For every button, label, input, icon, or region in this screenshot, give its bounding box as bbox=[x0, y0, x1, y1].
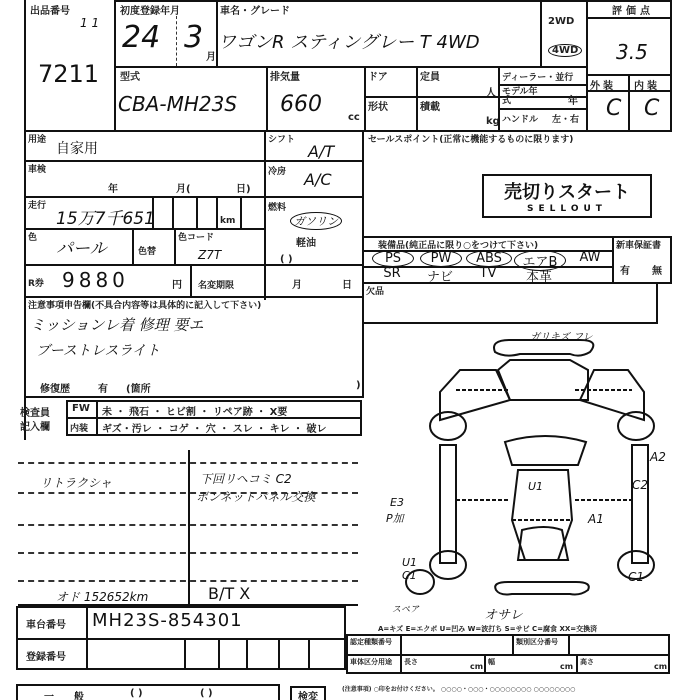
class-label: 類別区分番号 bbox=[516, 637, 558, 647]
general-label: 一 般 bbox=[44, 688, 84, 700]
ac-value: A/C bbox=[304, 170, 332, 189]
color-code-label: 色コード bbox=[178, 230, 214, 243]
divider bbox=[346, 654, 670, 656]
divider bbox=[362, 130, 364, 300]
divider bbox=[484, 654, 486, 674]
chassis-label: 車台番号 bbox=[26, 616, 66, 631]
yen-unit: 円 bbox=[172, 276, 182, 291]
wheel-front-right bbox=[618, 412, 654, 440]
divider bbox=[308, 638, 310, 670]
repair-label: 修復歴 bbox=[40, 380, 70, 395]
divider bbox=[172, 196, 174, 228]
diagram-label-top: ガリキズ フレ bbox=[530, 328, 593, 343]
name-change-day: 日 bbox=[342, 276, 352, 291]
height-label: 高さ bbox=[580, 657, 594, 667]
divider bbox=[216, 196, 218, 228]
handle-label: ハンドル bbox=[502, 112, 538, 125]
use-value: 自家用 bbox=[56, 138, 98, 158]
first-reg-year: 24 bbox=[122, 20, 160, 55]
comment-left-bottom: オド 152652km bbox=[56, 588, 148, 605]
diagram-label-bottom: オサレ bbox=[484, 604, 523, 623]
drive-4wd[interactable]: 4WD bbox=[548, 44, 582, 57]
divider bbox=[364, 66, 366, 130]
divider bbox=[576, 654, 578, 674]
divider bbox=[364, 96, 586, 98]
sellout-stamp-sub: SELLOUT bbox=[492, 204, 642, 214]
left-border bbox=[24, 0, 26, 440]
divider bbox=[218, 638, 220, 670]
top-border bbox=[114, 0, 672, 2]
usage-label: 車体区分用途 bbox=[350, 657, 392, 667]
inspection-year: 年 bbox=[108, 180, 118, 195]
divider bbox=[246, 638, 248, 670]
right-border bbox=[656, 282, 658, 324]
divider bbox=[174, 228, 176, 264]
diagram-label-u1: U1 bbox=[528, 480, 543, 493]
wheel-rear-left bbox=[430, 551, 466, 579]
height-unit: cm bbox=[654, 662, 667, 671]
ac-label: 冷房 bbox=[268, 164, 286, 177]
divider bbox=[568, 634, 570, 654]
month-unit: 月 bbox=[206, 48, 216, 63]
divider bbox=[498, 84, 586, 86]
sales-point-label: セールスポイント(正常に機能するものに限ります) bbox=[368, 132, 573, 145]
diagram-label-c2: C2 bbox=[632, 478, 648, 492]
equip-tv[interactable]: TV bbox=[466, 266, 510, 281]
km-unit: km bbox=[220, 216, 235, 226]
divider bbox=[86, 606, 88, 670]
repair-place: (箇所 bbox=[126, 380, 151, 395]
comment-right-2: ボンネットパネル交換 bbox=[196, 488, 315, 505]
score-value: 3.5 bbox=[616, 40, 648, 64]
type-label: 型式 bbox=[120, 68, 140, 83]
divider bbox=[240, 196, 242, 228]
body-top bbox=[498, 360, 588, 400]
displacement-value: 660 bbox=[280, 92, 322, 117]
shift-value: A/T bbox=[308, 142, 334, 161]
comment-left-1: リトラクシャ bbox=[40, 474, 112, 491]
divider bbox=[400, 634, 402, 674]
col-divider bbox=[114, 0, 116, 130]
divider bbox=[190, 264, 192, 296]
divider bbox=[540, 0, 542, 66]
divider bbox=[498, 108, 586, 110]
interior-items[interactable]: ギズ・汚レ ・ コゲ ・ 穴 ・ スレ ・ キレ ・ 破レ bbox=[102, 420, 327, 435]
sellout-stamp: 売切りスタート SELLOUT bbox=[482, 174, 652, 218]
diagram-label-e3: E3 bbox=[390, 496, 404, 509]
fw-items[interactable]: 未 ・ 飛石 ・ ヒビ割 ・ リペア跡 ・ X要 bbox=[102, 403, 287, 418]
wheel-front-left bbox=[430, 412, 466, 440]
door-label: ドア bbox=[368, 68, 388, 83]
divider bbox=[586, 17, 672, 19]
paren-a: ( ) bbox=[130, 688, 143, 699]
car-diagram[interactable] bbox=[400, 320, 660, 610]
divider bbox=[24, 160, 364, 162]
name-change-label: 名変期限 bbox=[198, 278, 234, 291]
divider bbox=[24, 264, 364, 266]
diagram-legend: A=キズ E=エクボ U=凹み W=波打ち S=サビ C=腐食 XX=交換済 bbox=[378, 624, 597, 634]
mileage-label: 走行 bbox=[28, 198, 46, 211]
divider bbox=[362, 296, 364, 398]
divider bbox=[24, 228, 264, 230]
first-reg-label: 初度登録年月 bbox=[120, 2, 180, 17]
left-side bbox=[440, 445, 456, 563]
inspector-label-2: 記入欄 bbox=[20, 418, 50, 433]
divider bbox=[586, 90, 672, 92]
sellout-stamp-main: 売切りスタート bbox=[492, 178, 642, 204]
model-year-label: モデル年式 bbox=[502, 88, 542, 106]
color-code-value: Z7T bbox=[198, 248, 221, 262]
recycle-value: 9880 bbox=[62, 268, 129, 292]
shape-label: 形状 bbox=[368, 98, 388, 113]
score-label: 評価点 bbox=[612, 2, 654, 17]
color-label: 色 bbox=[28, 230, 37, 243]
paren-b: ( ) bbox=[200, 688, 213, 699]
equip-aw[interactable]: AW bbox=[570, 250, 610, 265]
first-reg-month: 3 bbox=[184, 20, 203, 55]
divider bbox=[184, 638, 186, 670]
divider bbox=[264, 130, 266, 300]
divider bbox=[176, 16, 177, 66]
name-value: ワゴンR スティングレー T 4WD bbox=[218, 28, 480, 54]
divider bbox=[188, 450, 190, 606]
repair-close: ) bbox=[356, 380, 361, 391]
fuel-diesel[interactable]: 軽油 bbox=[296, 234, 316, 249]
load-label: 積載 bbox=[420, 98, 440, 113]
diagram-label-a1: A1 bbox=[588, 512, 604, 526]
equip-abs[interactable]: ABS bbox=[466, 250, 512, 267]
notes-line2: ブーストレスライト bbox=[36, 340, 160, 360]
warranty-label: 新車保証書 bbox=[616, 238, 661, 251]
diagram-label-c1: C1 bbox=[628, 570, 644, 584]
inspection-day: 日) bbox=[236, 180, 251, 195]
length-label: 長さ bbox=[404, 657, 418, 667]
type-value: CBA-MH23S bbox=[118, 92, 237, 116]
lot-number: 7211 bbox=[38, 60, 99, 88]
drive-2wd: 2WD bbox=[548, 16, 574, 27]
reg-label: 登録番号 bbox=[26, 648, 66, 663]
divider bbox=[512, 634, 514, 654]
capacity-label: 定員 bbox=[420, 68, 440, 83]
divider bbox=[362, 282, 672, 284]
right-side bbox=[632, 445, 648, 563]
diagram-label-u1c1: U1 C1 bbox=[402, 556, 422, 582]
chassis-value: MH23S-854301 bbox=[92, 610, 243, 631]
equip-ps[interactable]: PS bbox=[372, 250, 414, 267]
approve-label[interactable]: 検変 bbox=[290, 686, 326, 700]
notes-label: 注意事項申告欄(不具合内容等は具体的に記入して下さい) bbox=[28, 298, 261, 311]
divider bbox=[196, 196, 198, 228]
right-border bbox=[670, 236, 672, 282]
name-change-month: 月 bbox=[292, 276, 302, 291]
divider bbox=[416, 66, 418, 130]
lot-small: 1 1 bbox=[80, 16, 99, 30]
divider bbox=[586, 0, 588, 130]
divider bbox=[278, 638, 280, 670]
equip-sr[interactable]: SR bbox=[372, 266, 412, 281]
inspector-interior-label: 内装 bbox=[70, 421, 88, 434]
exterior-value: C bbox=[606, 96, 621, 121]
divider bbox=[266, 66, 268, 130]
divider bbox=[152, 196, 154, 228]
rear-bumper bbox=[495, 582, 589, 595]
inspector-label-1: 検査員 bbox=[20, 404, 50, 419]
divider bbox=[628, 74, 630, 130]
width-unit: cm bbox=[560, 662, 573, 671]
divider bbox=[132, 228, 134, 264]
fuel-label: 燃料 bbox=[268, 200, 286, 213]
fuel-value: ガソリン bbox=[290, 212, 342, 230]
color-change-label: 色替 bbox=[138, 244, 156, 257]
divider bbox=[96, 400, 98, 436]
inspection-label: 車検 bbox=[28, 162, 46, 175]
divider bbox=[24, 130, 672, 132]
repair-value[interactable]: 有 bbox=[98, 380, 108, 395]
fine-print: (注意事項) ○印をお付けください。 ○○○○・○○○・○○○○○○○○ ○○○… bbox=[342, 684, 575, 693]
diagram-label-a2: A2 bbox=[650, 450, 666, 464]
diagram-label-kaku: P加 bbox=[386, 510, 404, 526]
inspection-month: 月( bbox=[176, 180, 191, 195]
right-border bbox=[670, 0, 672, 130]
shift-label: シフト bbox=[268, 132, 295, 145]
fw-label: FW bbox=[72, 403, 90, 414]
comment-right-bottom: B/T X bbox=[208, 584, 250, 603]
divider bbox=[612, 236, 614, 282]
warranty-no[interactable]: 無 bbox=[652, 262, 662, 277]
lot-label: 出品番号 bbox=[30, 2, 70, 17]
equip-pw[interactable]: PW bbox=[420, 250, 462, 267]
dealer-label[interactable]: ディーラー・並行 bbox=[502, 70, 573, 83]
length-unit: cm bbox=[470, 662, 483, 671]
width-label: 幅 bbox=[488, 657, 495, 667]
notes-line1: ミッションレ着 修理 要エ bbox=[30, 314, 204, 335]
missing-label: 欠品 bbox=[366, 284, 384, 297]
diagram-label-spare: スペア bbox=[392, 602, 419, 615]
interior-value: C bbox=[644, 96, 659, 121]
divider bbox=[16, 638, 346, 640]
name-label: 車名・グレード bbox=[220, 2, 290, 17]
year-unit: 年 bbox=[568, 92, 578, 107]
mileage-value: 15万7千651 bbox=[56, 204, 155, 229]
color-value: パール bbox=[56, 234, 107, 259]
divider bbox=[24, 396, 364, 398]
divider bbox=[24, 196, 364, 198]
cert-label: 認定種類番号 bbox=[350, 637, 392, 647]
recycle-label: R券 bbox=[28, 276, 44, 289]
warranty-yes[interactable]: 有 bbox=[620, 262, 630, 277]
divider bbox=[114, 66, 586, 68]
cc-unit: cc bbox=[348, 112, 360, 123]
handle-value[interactable]: 左・右 bbox=[552, 112, 579, 125]
displacement-label: 排気量 bbox=[270, 68, 300, 83]
use-label: 用途 bbox=[28, 132, 46, 145]
comment-right-1: 下回リヘコミ C2 bbox=[200, 470, 292, 487]
divider bbox=[498, 66, 500, 130]
windshield bbox=[505, 436, 586, 465]
